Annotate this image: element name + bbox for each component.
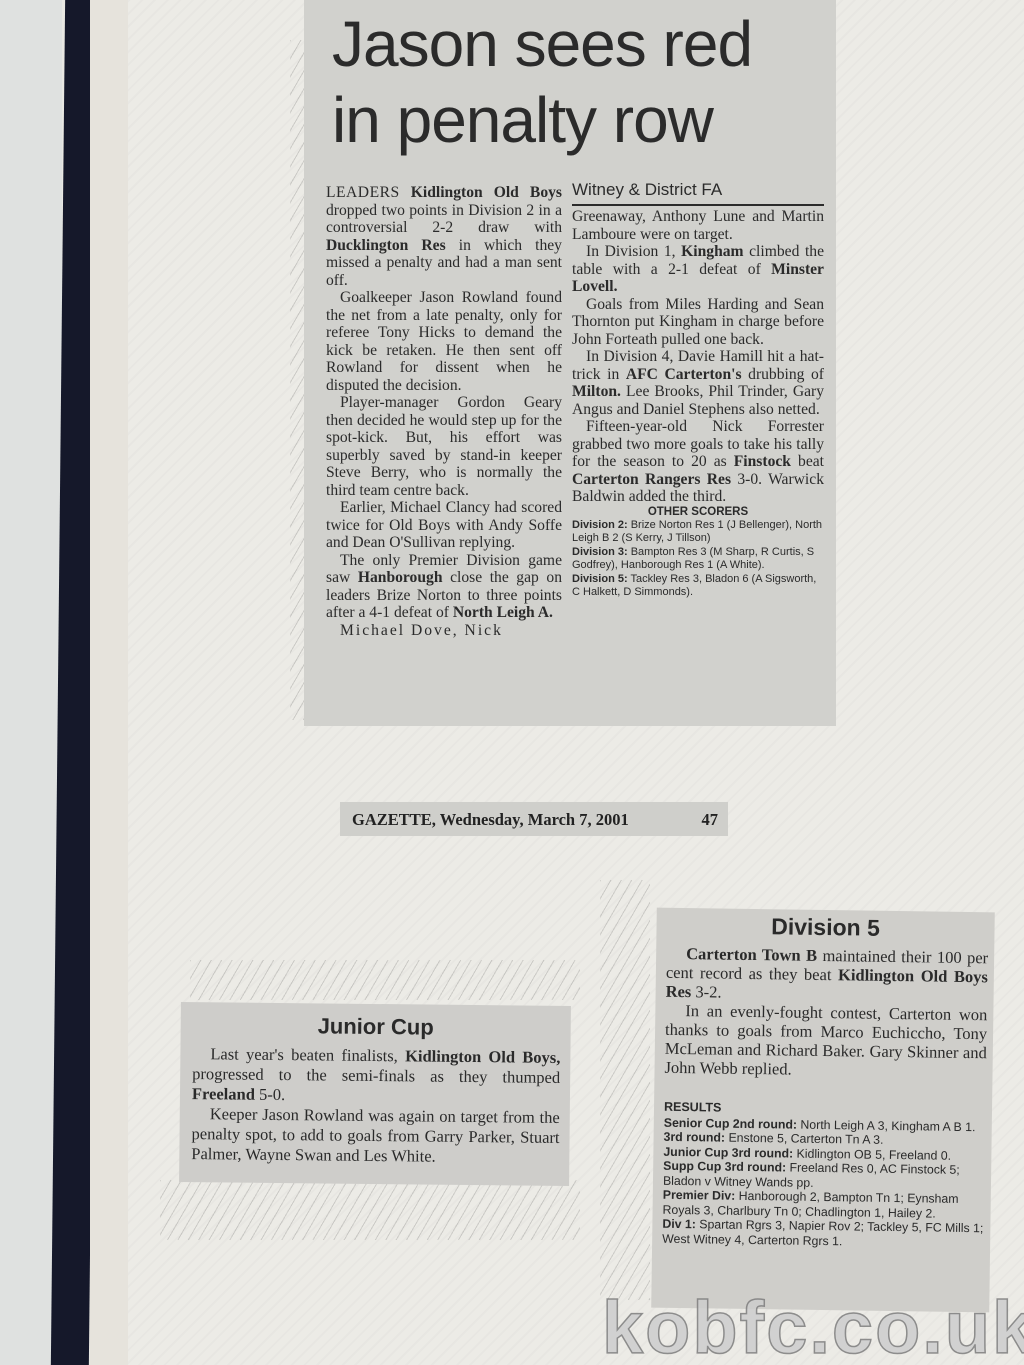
glue-texture [600,880,650,1300]
paragraph: In Division 4, Davie Hamill hit a hat-tr… [572,348,824,418]
result-line: Supp Cup 3rd round: Freeland Res 0, AC F… [663,1159,987,1193]
paragraph: Goalkeeper Jason Rowland found the net f… [326,289,562,394]
article-left-column: LEADERS Kidlington Old Boys dropped two … [326,184,562,639]
paragraph: Earlier, Michael Clancy had scored twice… [326,499,562,552]
results-list: RESULTS Senior Cup 2nd round: North Leig… [662,1100,988,1251]
page-number: 47 [702,810,719,830]
result-line: Div 1: Spartan Rgrs 3, Napier Rov 2; Tac… [662,1217,986,1251]
paragraph: The only Premier Division game saw Hanbo… [326,552,562,622]
paragraph: Player-manager Gordon Geary then decided… [326,394,562,499]
paragraph: Last year's beaten finalists, Kidlington… [192,1044,561,1108]
junior-cup-body: Last year's beaten finalists, Kidlington… [191,1044,560,1168]
paragraph: Fifteen-year-old Nick Forrester grabbed … [572,418,824,506]
page-edge [90,0,131,1365]
division5-title: Division 5 [656,912,994,944]
scorers-line: Division 3: Bampton Res 3 (M Sharp, R Cu… [572,546,824,573]
paragraph: Goals from Miles Harding and Sean Thornt… [572,296,824,349]
junior-cup-title: Junior Cup [181,1012,571,1042]
paragraph: Michael Dove, Nick [326,622,562,640]
division5-clipping: Division 5 Carterton Town B maintained t… [651,908,995,1313]
paragraph: In Division 1, Kingham climbed the table… [572,243,824,296]
section-label: Witney & District FA [572,180,824,206]
result-line: Senior Cup 2nd round: North Leigh A 3, K… [664,1115,988,1149]
glue-texture [190,960,580,1000]
dateline-clipping: GAZETTE, Wednesday, March 7, 2001 47 [340,802,728,836]
result-line: Premier Div: Hanborough 2, Bampton Tn 1;… [662,1188,986,1222]
division5-body: Carterton Town B maintained their 100 pe… [664,944,988,1081]
article-right-column: Witney & District FA Greenaway, Anthony … [572,180,824,600]
scorers-line: Division 5: Tackley Res 3, Bladon 6 (A S… [572,573,824,600]
article-clipping: Jason sees red in penalty row LEADERS Ki… [304,0,836,726]
dateline: GAZETTE, Wednesday, March 7, 2001 [352,810,629,830]
paragraph: Keeper Jason Rowland was again on target… [191,1104,560,1168]
article-headline: Jason sees red in penalty row [332,6,752,158]
paragraph: In an evenly-fought contest, Carterton w… [664,1001,987,1081]
glue-texture [290,40,304,720]
site-watermark: kobfc.co.uk [602,1288,1024,1365]
junior-cup-clipping: Junior Cup Last year's beaten finalists,… [179,1002,571,1186]
paragraph: Carterton Town B maintained their 100 pe… [666,944,989,1005]
scorers-line: Division 2: Brize Norton Res 1 (J Bellen… [572,519,824,546]
paragraph: LEADERS Kidlington Old Boys dropped two … [326,184,562,289]
other-scorers-heading: OTHER SCORERS [572,506,824,519]
paragraph: Greenaway, Anthony Lune and Martin Lambo… [572,208,824,243]
glue-texture [160,1180,580,1240]
